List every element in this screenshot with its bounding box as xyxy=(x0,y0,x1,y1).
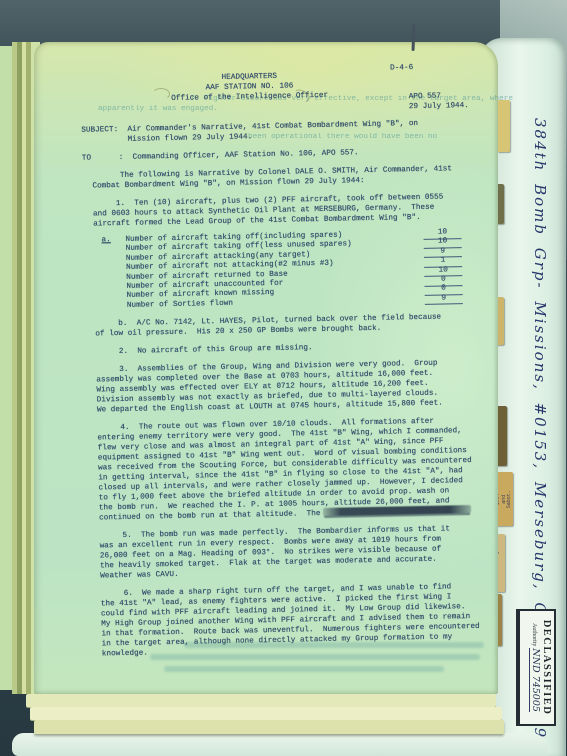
to-line: TO : Commanding Officer, AAF Station No.… xyxy=(54,146,480,165)
apo-date-block: APO 557 29 July 1944. xyxy=(409,91,469,112)
index-tab xyxy=(497,100,510,152)
stamp-authority: AuthorityNND 745005 xyxy=(530,611,541,724)
bleed-through-line xyxy=(164,666,444,672)
folder-bottom-edge xyxy=(12,733,548,756)
paragraph-6: 6. We made a sharp right turn off the ta… xyxy=(63,582,490,661)
document-date: 29 July 1944. xyxy=(409,101,469,112)
paragraph-2: 2. No aircraft of this Group are missing… xyxy=(58,340,484,359)
typewritten-document: D-4-6 HEADQUARTERS AAF STATION NO. 106 O… xyxy=(52,58,490,661)
row-value: 9 xyxy=(425,294,463,305)
underlying-page-edge xyxy=(26,694,496,707)
document-page: 7. Fighter escort was very effective, ex… xyxy=(34,42,498,694)
paragraph-3: 3. Assemblies of the Group, Wing and Div… xyxy=(58,358,485,417)
narrative-intro: The following is Narrative by Colonel DA… xyxy=(54,164,480,193)
paragraph-b: b. A/C No. 7142, Lt. HAYES, Pilot, turne… xyxy=(57,312,483,341)
underlying-page-edge xyxy=(30,707,502,720)
declassified-stamp: DECLASSIFIED AuthorityNND 745005 xyxy=(516,609,556,726)
table-item-label: a. xyxy=(101,236,110,246)
stamp-title: DECLASSIFIED xyxy=(541,611,552,724)
paragraph-1: 1. Ten (10) aircraft, plus two (2) PFF a… xyxy=(55,192,482,231)
scanned-mission-document-photo: 384th Bomb Grp- Missions, #0153, Mersebu… xyxy=(0,0,567,756)
row-label: Number of Sorties flown xyxy=(127,300,233,310)
aircraft-count-table: a. Number of aircraft taking off(includi… xyxy=(55,229,482,313)
paragraph-5: 5. The bomb run was made perfectly. The … xyxy=(61,524,488,583)
underlying-page-edge xyxy=(34,720,504,734)
subject-line: SUBJECT: Air Commander's Narrative, 41st… xyxy=(53,118,479,147)
tab-label: Int. and Sabot. xyxy=(496,490,513,508)
stamp-authority-number: NND 745005 xyxy=(529,648,541,712)
stamp-authority-label: Authority xyxy=(531,623,537,646)
